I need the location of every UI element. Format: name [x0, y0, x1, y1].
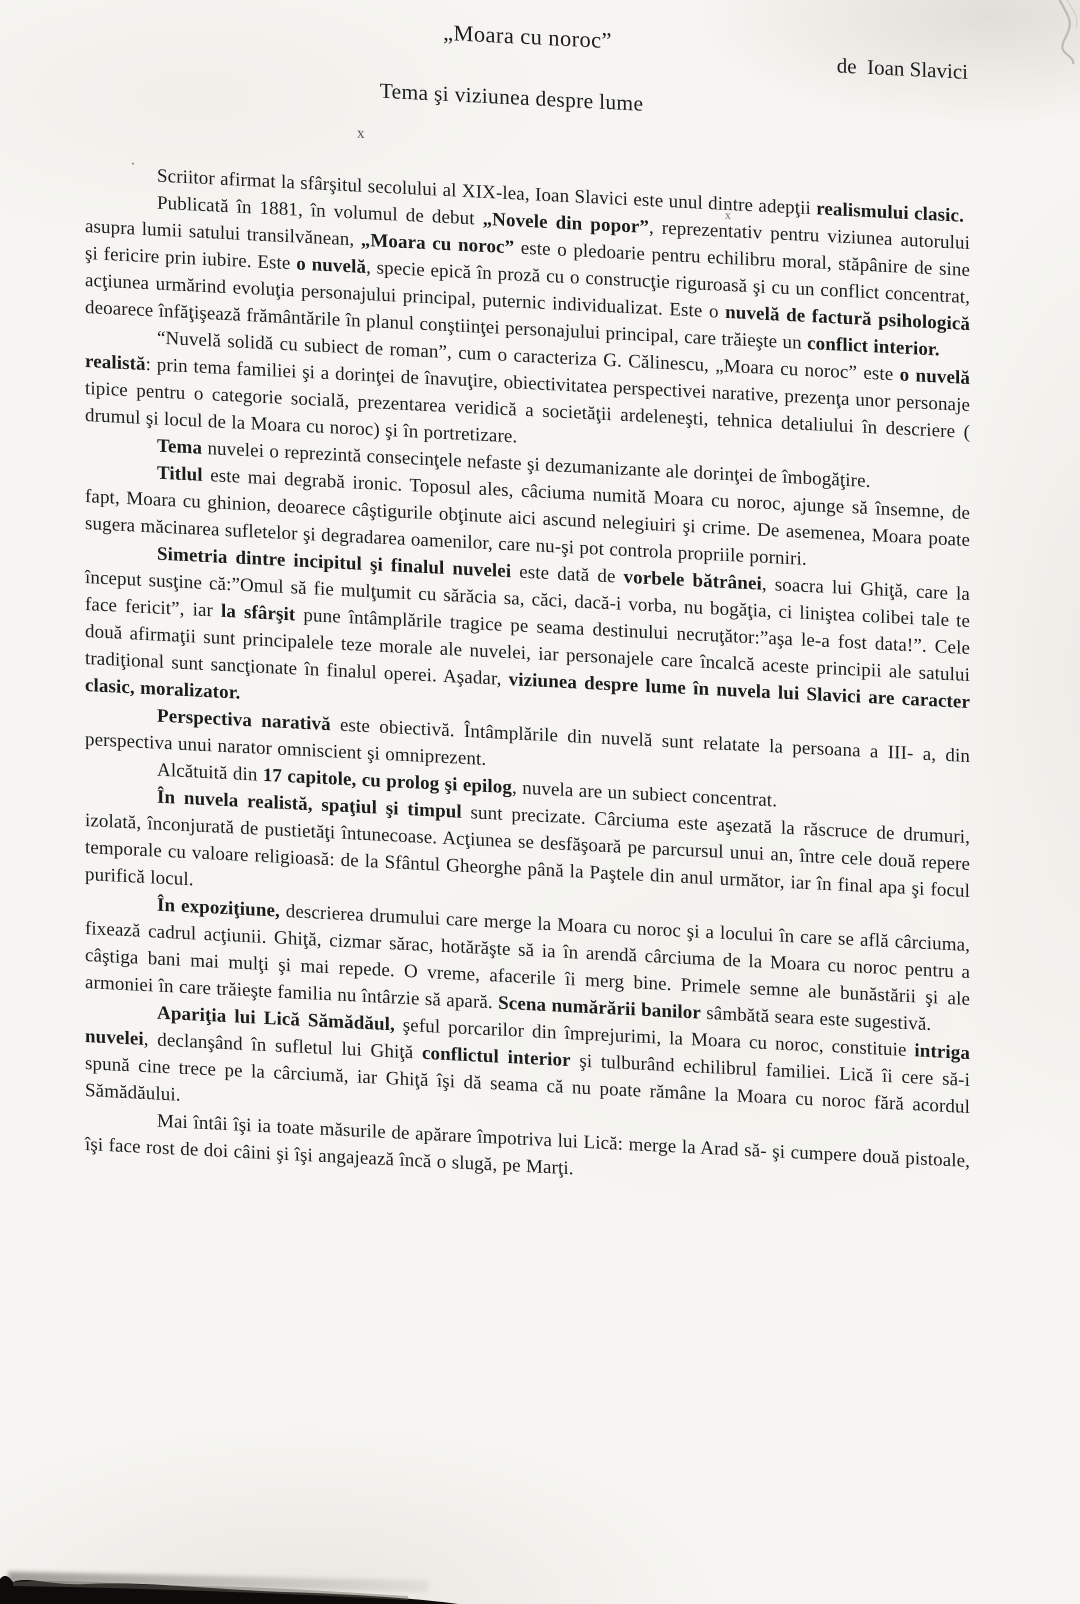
document-body: Scriitor afirmat la sfârşitul secolului …: [85, 159, 970, 1202]
page-curl-crease: [998, 0, 1080, 90]
document-content: „Moara cu noroc” de Ioan Slavici Tema şi…: [85, 0, 970, 1202]
document-page: „Moara cu noroc” de Ioan Slavici Tema şi…: [0, 0, 1080, 1604]
document-subtitle: Tema şi viziunea despre lume: [69, 63, 954, 132]
pencil-mark-x: x: [357, 126, 365, 143]
document-author: de Ioan Slavici: [837, 53, 968, 85]
scan-dark-edge: [0, 1555, 460, 1604]
